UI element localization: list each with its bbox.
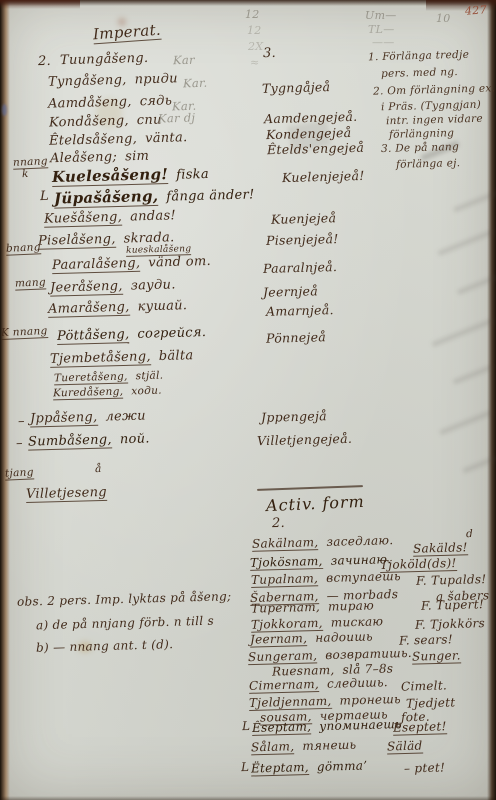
accent-mark: å bbox=[95, 463, 102, 475]
lemma: Kondåšeng, bbox=[49, 113, 129, 130]
pencil-number: 10 bbox=[436, 12, 451, 25]
obs-note-line: a) de på nnjang förb. n till s bbox=[36, 614, 214, 633]
margin-word: K nnang bbox=[1, 325, 48, 340]
obs-note-line: b) — nnang ant. t (d). bbox=[36, 637, 174, 655]
lemma: Villetjeseng bbox=[26, 485, 107, 503]
blue-mark bbox=[2, 104, 7, 116]
manuscript-line: Kondåšeng,спи bbox=[49, 113, 162, 131]
gloss: следишь. bbox=[327, 675, 388, 691]
line-prefix: L bbox=[241, 760, 250, 774]
margin-annotation: k bbox=[22, 168, 29, 180]
pencil-mark: 12 bbox=[247, 24, 262, 37]
manuscript-line: Pöttåšeng,согрейся. bbox=[57, 325, 207, 344]
note-line: intr. ingen vidare bbox=[386, 113, 483, 128]
conjugated-form: Tygngåjeå bbox=[262, 79, 331, 96]
lemma: Aamdåšeng, bbox=[48, 94, 132, 111]
manuscript-line: Villetjeseng bbox=[26, 485, 107, 502]
conjugated-form: Paaralnjeå. bbox=[263, 259, 338, 276]
manuscript-line: Sakälnam,заседлаю. bbox=[252, 533, 394, 551]
imperative-form: Sunger. bbox=[412, 648, 461, 663]
margin-word: tjang bbox=[5, 466, 34, 480]
note-line: förlängning bbox=[389, 127, 455, 141]
pencil-mark: ≈ bbox=[250, 56, 260, 69]
conjugated-form: Villetjengejeå. bbox=[257, 431, 353, 448]
gloss: сядь bbox=[140, 93, 173, 109]
manuscript-line: Jeernam,надоишь bbox=[250, 629, 373, 646]
manuscript-line: Jeeråšeng,зауди. bbox=[50, 277, 176, 295]
header-title: Imperat. bbox=[92, 21, 161, 44]
manuscript-line: Tuungåšeng. bbox=[60, 51, 149, 68]
bleedthrough-smudge bbox=[439, 410, 493, 436]
book-edge-bottom bbox=[0, 796, 496, 800]
margin-annotation: bnang bbox=[6, 241, 41, 255]
lemma: Tuungåšeng. bbox=[60, 51, 149, 68]
lemma: Cimernam, bbox=[249, 677, 319, 694]
gloss: возвратишь. bbox=[325, 646, 412, 662]
conjugated-form: Jppengejå bbox=[261, 408, 327, 425]
margin-annotation: tjang bbox=[5, 466, 34, 479]
gloss: gömma’ bbox=[317, 758, 368, 773]
pencil-mark: TL— bbox=[368, 23, 395, 36]
manuscript-line: Jppåšeng,лежи bbox=[30, 408, 146, 426]
manuscript-line: Amaråšeng,кушай. bbox=[48, 298, 188, 317]
gloss: зауди. bbox=[131, 277, 176, 293]
note-line: förlänga ej. bbox=[396, 157, 461, 171]
lemma: Piselåšeng, bbox=[38, 232, 116, 250]
gloss: тираю bbox=[328, 598, 374, 613]
lemma: Tueretåšeng, bbox=[54, 371, 128, 386]
book-edge-left bbox=[0, 0, 10, 800]
imperative-form: F. Tupert! bbox=[421, 597, 484, 613]
list-number: 2. bbox=[38, 54, 51, 69]
activ-heading: Activ. form bbox=[266, 492, 365, 515]
manuscript-line: Aleåšeng;sim bbox=[50, 149, 150, 167]
gloss: кушай. bbox=[137, 298, 187, 314]
bleedthrough-smudge bbox=[431, 318, 494, 347]
imperative-form: – ptet! bbox=[404, 760, 446, 775]
lemma: Ëteptam, bbox=[251, 760, 309, 777]
imperative-form: F. Tupalds! bbox=[416, 572, 487, 588]
lemma: Aleåšeng; bbox=[50, 150, 118, 167]
gloss: vänta. bbox=[145, 130, 188, 146]
imperative-form: Säläd bbox=[387, 739, 423, 754]
note-line: i Präs. (Tygngjan) bbox=[381, 99, 481, 114]
gloss: тронешь bbox=[339, 692, 401, 708]
form-word: Sakälds! bbox=[413, 540, 468, 556]
pencil-annotation: Kar. bbox=[183, 76, 208, 91]
lemma: Sakälnam, bbox=[252, 535, 319, 552]
gloss: лежи bbox=[105, 408, 146, 424]
manuscript-line: Aamdåšeng,сядь bbox=[48, 93, 172, 111]
gloss: fiska bbox=[176, 167, 209, 183]
manuscript-line: Tjembetåšeng,bälta bbox=[50, 348, 194, 367]
lemma: Êseptam, bbox=[252, 719, 312, 736]
manuscript-line: Tueretåšeng,stjäl. bbox=[54, 370, 164, 385]
manuscript-line: Ëteptam,gömma’ bbox=[251, 758, 368, 775]
gloss: заседлаю. bbox=[326, 533, 393, 549]
lemma: Sålam, bbox=[251, 739, 295, 755]
lemma: Jppåšeng, bbox=[30, 410, 98, 428]
lemma: Jüpašåšeng, bbox=[54, 187, 159, 209]
superscript-d: d bbox=[466, 528, 473, 540]
manuscript-line: Kuelesåšeng!fiska bbox=[52, 164, 209, 186]
pencil-annotation: Kar bbox=[173, 53, 195, 68]
margin-word: nnang bbox=[13, 155, 48, 170]
lemma: Kuredåšeng, bbox=[53, 386, 124, 401]
margin-annotation: nnang bbox=[13, 155, 48, 169]
form-word: Sunger. bbox=[412, 648, 461, 664]
imperative-form: F. Tjokkörs bbox=[415, 616, 485, 632]
manuscript-line: Cimernam,следишь. bbox=[249, 675, 388, 693]
gloss: sim bbox=[125, 149, 149, 165]
manuscript-line: Êseptam,упоминаешь bbox=[252, 717, 402, 735]
book-edge-right bbox=[487, 0, 496, 800]
conjugated-form: Pisenjejeå! bbox=[266, 231, 339, 248]
lemma: Jeeråšeng, bbox=[50, 279, 123, 297]
gloss: тискаю bbox=[331, 614, 384, 629]
lemma: Jeernam, bbox=[250, 631, 308, 647]
section-number: 3. bbox=[263, 46, 276, 61]
pencil-mark: 2X bbox=[248, 40, 263, 53]
lemma: Tjokösnam, bbox=[250, 554, 323, 571]
manuscript-page-photo: 427 10 12 12 2X ≈ Um— TL— —— Imperat. 2.… bbox=[0, 0, 496, 800]
manuscript-line: Sumbåšeng,пой. bbox=[28, 431, 150, 449]
manuscript-line: Tjokösnam,зачинаю. bbox=[250, 552, 392, 570]
note-line: 1. Förlänga tredje bbox=[368, 49, 469, 64]
note-line: pers. med ng. bbox=[381, 66, 458, 80]
imperative-form: Tjedjett bbox=[406, 695, 456, 710]
conjugated-form: Jeernjeå bbox=[263, 283, 318, 299]
imperative-form: Eseptet! bbox=[393, 719, 447, 734]
gloss: тянешь bbox=[302, 738, 356, 753]
margin-annotation: mang bbox=[15, 276, 46, 289]
gloss: ходи. bbox=[131, 385, 162, 398]
note-line: 3. De på nang bbox=[381, 141, 459, 155]
lemma: Kuešåšeng, bbox=[44, 210, 123, 228]
form-word: Säläd bbox=[387, 739, 423, 755]
pencil-mark: 12 bbox=[245, 8, 260, 21]
imperative-form: Cimelt. bbox=[401, 678, 447, 693]
gloss: упоминаешь bbox=[319, 717, 402, 733]
manuscript-line: Paaralåšeng,vänd om. bbox=[52, 254, 211, 273]
manuscript-line: Sålam,тянешь bbox=[251, 738, 357, 755]
gloss: andas! bbox=[130, 208, 176, 224]
pencil-mark: Um— bbox=[365, 9, 397, 22]
manuscript-line: Tupalnam,вступаешь bbox=[251, 569, 401, 587]
conjugated-form: Kuelenjejeå! bbox=[282, 168, 365, 185]
margin-word: bnang bbox=[6, 241, 41, 256]
line-dash: – bbox=[18, 414, 25, 429]
manuscript-line: Tyngåšeng,приди bbox=[48, 71, 178, 89]
lemma: Tupalnam, bbox=[251, 571, 319, 588]
gloss: fånga änder! bbox=[166, 187, 255, 204]
lemma: Tyngåšeng, bbox=[48, 73, 127, 90]
line-prefix: L bbox=[40, 189, 49, 204]
pencil-annotation: Kar dj bbox=[158, 111, 196, 126]
gloss: пой. bbox=[120, 431, 150, 447]
header-title-text: Imperat. bbox=[92, 21, 161, 45]
lemma: Êteldsåšeng, bbox=[49, 132, 137, 149]
line-dash: – bbox=[16, 436, 23, 451]
conjugated-form: Amarnjeå. bbox=[266, 302, 334, 319]
lemma: Tjembetåšeng, bbox=[50, 349, 151, 368]
lemma: Tupernam, bbox=[251, 600, 320, 616]
lemma: Kuelesåšeng! bbox=[52, 165, 169, 187]
manuscript-line: Kuredåšeng,ходи. bbox=[53, 385, 162, 400]
page-number: 427 bbox=[465, 3, 488, 17]
obs-note-line: obs. 2 pers. Imp. lyktas på åšeng; bbox=[17, 589, 232, 609]
lemma: Amaråšeng, bbox=[48, 300, 130, 318]
lemma: Sungeram, bbox=[248, 648, 318, 665]
gloss: вступаешь bbox=[326, 569, 401, 585]
corner-shadow-top-left bbox=[0, 0, 80, 9]
imperative-form: Sakälds! bbox=[413, 540, 468, 555]
conjugated-form: Pönnejeå bbox=[266, 329, 326, 346]
gloss: vänd om. bbox=[148, 254, 211, 271]
manuscript-line: Êteldsåšeng,vänta. bbox=[49, 130, 188, 149]
gloss: приди bbox=[134, 71, 178, 87]
gloss: надоишь bbox=[315, 629, 373, 645]
manuscript-line: Jüpašåšeng,fånga änder! bbox=[54, 184, 255, 207]
gloss: bälta bbox=[159, 348, 194, 364]
lemma: Paaralåšeng, bbox=[52, 256, 141, 274]
note-line: 2. Om förlängning ex. bbox=[373, 82, 496, 97]
manuscript-line: Tupernam,тираю bbox=[251, 598, 374, 615]
margin-annotation: K nnang bbox=[1, 325, 48, 339]
gloss: согрейся. bbox=[137, 325, 206, 342]
lemma: Sumbåšeng, bbox=[28, 432, 112, 450]
conjugated-form: Êtelds'engejeå bbox=[267, 140, 365, 158]
form-word: Eseptet! bbox=[393, 719, 447, 735]
manuscript-line: Kuešåšeng,andas! bbox=[44, 208, 176, 226]
gloss: stjäl. bbox=[136, 370, 164, 383]
activ-number: 2. bbox=[272, 516, 285, 531]
line-prefix: L bbox=[242, 719, 251, 733]
margin-word: mang bbox=[15, 276, 46, 290]
conjugated-form: Kuenjejeå bbox=[271, 210, 337, 227]
pencil-mark: —— bbox=[372, 36, 395, 49]
section-divider bbox=[257, 485, 363, 491]
conjugated-form: Aamdengejeå. bbox=[264, 109, 358, 126]
lemma: Pöttåšeng, bbox=[57, 327, 130, 345]
